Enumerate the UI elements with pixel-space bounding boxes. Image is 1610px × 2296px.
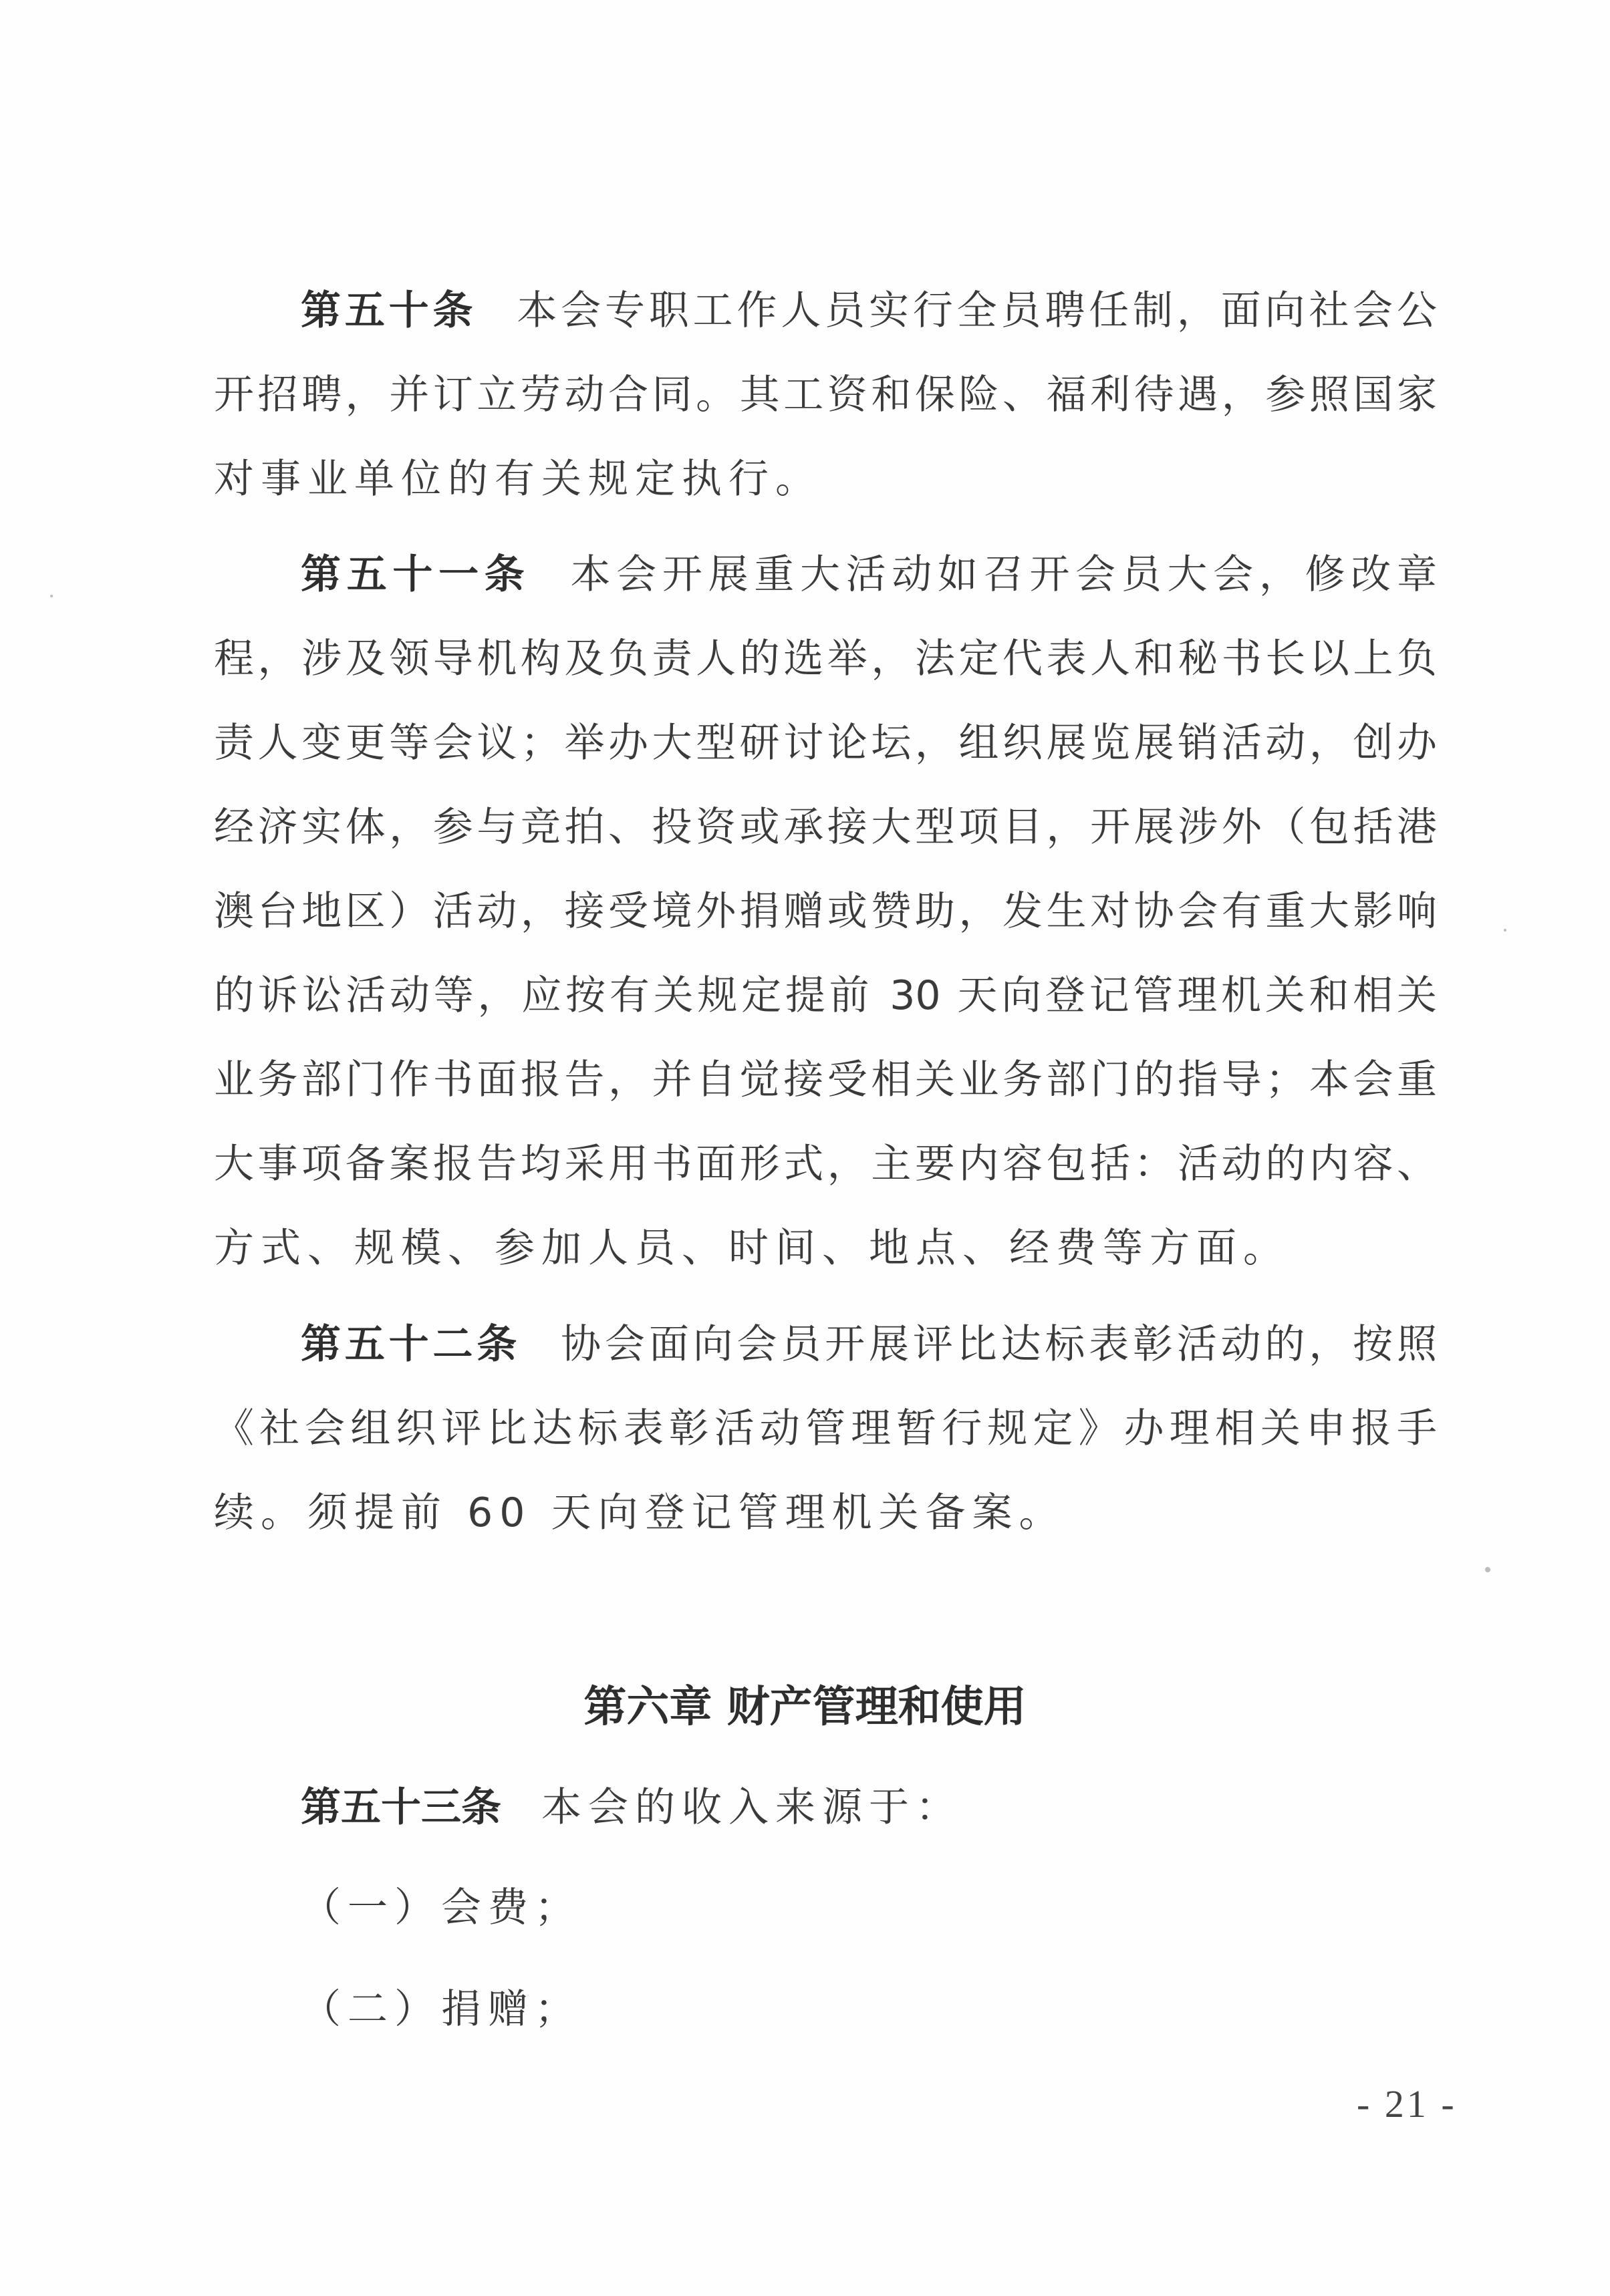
article-50-line-2: 开招聘，并订立劳动合同。其工资和保险、福利待遇，参照国家	[214, 368, 1437, 422]
article-50-line-1: 第五十条本会专职工作人员实行全员聘任制，面向社会公	[301, 284, 1437, 337]
article-51-line-5: 澳台地区）活动，接受境外捐赠或赞助，发生对协会有重大影响	[214, 885, 1437, 938]
article-53-text: 本会的收入来源于：	[541, 1784, 962, 1831]
article-52-line-3: 续。须提前 60 天向登记管理机关备案。	[214, 1486, 1437, 1540]
article-52-line-2: 《社会组织评比达标表彰活动管理暂行规定》办理相关申报手	[214, 1402, 1437, 1455]
article-51-line-2: 程，涉及领导机构及负责人的选举，法定代表人和秘书长以上负	[214, 632, 1437, 686]
article-50-label: 第五十条	[301, 287, 477, 334]
article-52-text-1: 协会面向会员开展评比达标表彰活动的，按照	[561, 1321, 1437, 1368]
income-item-2: （二）捐赠；	[301, 1983, 581, 2036]
article-52-label: 第五十二条	[301, 1321, 521, 1368]
article-51-label: 第五十一条	[301, 551, 530, 598]
page-number: - 21 -	[1357, 2082, 1457, 2126]
chapter-title: 第六章 财产管理和使用	[0, 1677, 1610, 1737]
scan-speck	[1504, 929, 1506, 931]
article-53-label: 第五十三条	[301, 1784, 501, 1831]
article-50-line-3: 对事业单位的有关规定执行。	[214, 452, 1437, 506]
article-51-line-1: 第五十一条本会开展重大活动如召开会员大会，修改章	[301, 548, 1437, 601]
scan-speck	[50, 595, 53, 597]
scan-speck	[1485, 1567, 1490, 1572]
article-51-line-9: 方式、规模、参加人员、时间、地点、经费等方面。	[214, 1222, 1437, 1275]
article-51-line-3: 责人变更等会议；举办大型研讨论坛，组织展览展销活动，创办	[214, 716, 1437, 770]
article-53-line-1: 第五十三条本会的收入来源于：	[301, 1781, 1437, 1834]
article-51-line-6: 的诉讼活动等，应按有关规定提前 30 天向登记管理机关和相关	[214, 969, 1437, 1022]
document-page: 第五十条本会专职工作人员实行全员聘任制，面向社会公 开招聘，并订立劳动合同。其工…	[0, 0, 1610, 2296]
income-item-1: （一）会费；	[301, 1881, 581, 1934]
article-50-text-1: 本会专职工作人员实行全员聘任制，面向社会公	[517, 287, 1437, 334]
article-51-text-1: 本会开展重大活动如召开会员大会，修改章	[570, 551, 1437, 598]
article-51-line-7: 业务部门作书面报告，并自觉接受相关业务部门的指导；本会重	[214, 1053, 1437, 1107]
article-51-line-8: 大事项备案报告均采用书面形式，主要内容包括：活动的内容、	[214, 1137, 1437, 1191]
article-52-line-1: 第五十二条协会面向会员开展评比达标表彰活动的，按照	[301, 1318, 1437, 1371]
article-51-line-4: 经济实体，参与竞拍、投资或承接大型项目，开展涉外（包括港	[214, 801, 1437, 854]
